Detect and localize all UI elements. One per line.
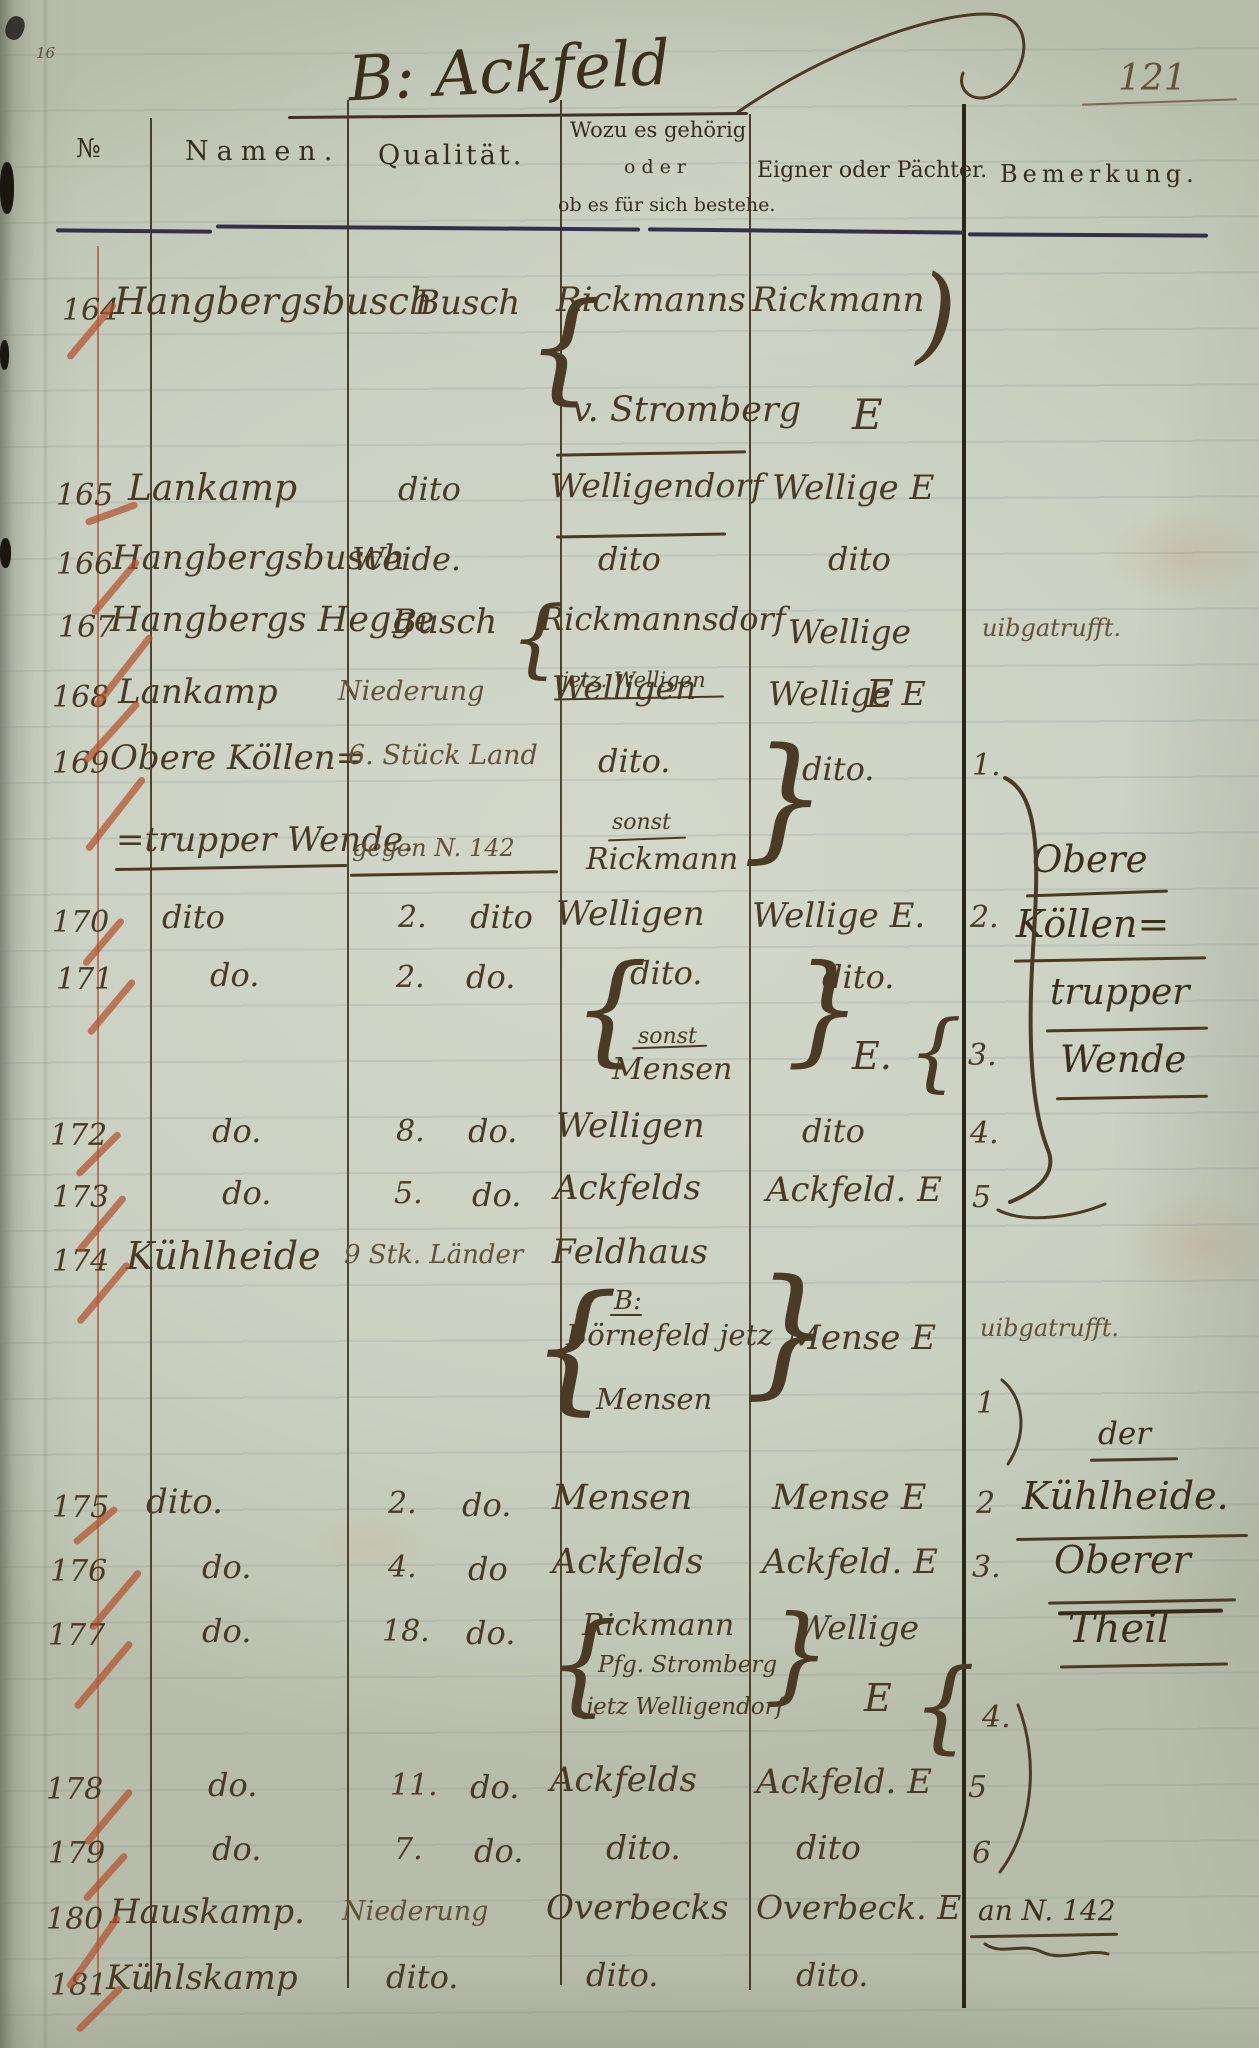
header-wozu-line3: ob es für sich bestehe. (558, 194, 775, 216)
row-172-owner-1: dito (802, 1112, 865, 1150)
row-171-quality: do. (466, 958, 515, 996)
row-169-quality: 6. Stück Land (348, 740, 538, 771)
row-164-owner-2: E (852, 390, 883, 439)
row-171-group-number: 3. (968, 1038, 997, 1073)
edge-ink-mark (2, 14, 27, 43)
row-175-belongs-1: Mensen (552, 1478, 692, 1518)
register-page: 16 121 B: Ackfeld № Namen. Qualität. Woz… (0, 0, 1259, 2048)
row-172-quality: do. (468, 1112, 517, 1150)
row-174-owner-1: Mense E (786, 1318, 936, 1358)
row-169-belongs-2: sonst (612, 810, 671, 835)
group-2-line-4: Theil (1068, 1606, 1170, 1652)
row-173-belongs-1: Ackfelds (554, 1168, 701, 1208)
row-175-quality: do. (462, 1486, 511, 1524)
row-170-name: dito (162, 898, 225, 936)
row-165-quality: dito (398, 470, 461, 508)
column-line-namen (347, 100, 349, 1988)
row-175-quality-num: 2. (388, 1486, 417, 1521)
row-172-group-number: 4. (970, 1116, 999, 1151)
row-174-group-number: 1 (976, 1386, 995, 1421)
row-181-belongs-1: dito. (586, 1956, 658, 1994)
ink-underline (350, 870, 558, 877)
header-namen: Namen. (185, 136, 340, 167)
row-174-belongs-3: Börnefeld jetz (566, 1318, 773, 1352)
ink-underline (1090, 1457, 1178, 1462)
ink-underline (608, 837, 686, 842)
row-178-owner-1: Ackfeld. E (756, 1762, 932, 1802)
row-170-quality-num: 2. (398, 900, 427, 935)
header-eigner: Eigner oder Pächter. (757, 158, 987, 183)
row-175-owner-1: Mense E (772, 1478, 926, 1518)
row-178-belongs-1: Ackfelds (550, 1760, 697, 1800)
header-wozu-line2: oder (624, 156, 692, 178)
row-174-remark: uibgatrufft. (980, 1314, 1119, 1342)
group-1-line-3: trupper (1050, 972, 1189, 1013)
row-178-number: 178 (46, 1772, 103, 1807)
row-169-belongs-3: Rickmann (586, 842, 738, 877)
row-173-group-number: 5 (972, 1180, 991, 1215)
group-1-line-2: Köllen= (1016, 902, 1169, 946)
row-179-number: 179 (48, 1836, 105, 1871)
title-flourish (738, 14, 1024, 112)
row-170-number: 170 (52, 905, 109, 940)
row-179-owner-1: dito (796, 1828, 861, 1867)
row-180-name: Hauskamp. (110, 1892, 305, 1932)
row-169-belongs-1: dito. (598, 742, 670, 780)
row-170-owner-1: Wellige E. (752, 896, 925, 936)
row-171-belongs-3: Mensen (612, 1052, 732, 1087)
group-2-line-1: der (1098, 1416, 1151, 1452)
row-177-name: do. (202, 1612, 251, 1650)
row-170-quality: dito (470, 898, 533, 936)
row-179-quality: do. (474, 1832, 523, 1870)
row-176-group-number: 3. (972, 1550, 1001, 1585)
group-1-line-1: Obere (1032, 838, 1148, 881)
ink-underline (556, 450, 746, 456)
row-178-name: do. (208, 1766, 257, 1804)
row-167-owner-1: Wellige (788, 612, 911, 651)
row-166-quality: Weide. (352, 540, 461, 578)
row-177-belongs-3: jetz Welligendorf (586, 1694, 784, 1720)
row-166-owner-1: dito (828, 540, 891, 578)
header-bemerkung: Bemerkung. (1000, 160, 1199, 188)
row-164-belongs-1: Rickmanns (556, 280, 746, 320)
ink-brace: { (908, 1010, 962, 1095)
edge-ink-mark (0, 538, 11, 568)
row-176-owner-1: Ackfeld. E (762, 1542, 938, 1582)
row-164-belongs-2: v. Stromberg (572, 390, 801, 430)
header-no: № (76, 134, 101, 164)
corner-mark: 16 (36, 44, 55, 62)
header-wozu-line1: Wozu es gehörig (570, 118, 746, 142)
row-176-belongs-1: Ackfelds (552, 1542, 703, 1582)
ink-underline (556, 533, 726, 539)
row-171-quality-num: 2. (396, 960, 425, 995)
row-177-owner-1: Wellige (796, 1608, 919, 1647)
row-168-owner-1: Wellige E (768, 674, 926, 713)
group-2-line-2: Kühlheide. (1022, 1474, 1229, 1518)
page-number: 121 (1118, 58, 1187, 99)
row-169-name: Obere Köllen= (110, 738, 364, 778)
row-174-belongs-4: Mensen (596, 1382, 712, 1416)
row-175-group-number: 2 (976, 1486, 995, 1521)
row-167-name: Hangbergs Hegge (110, 600, 434, 640)
row-181-quality: dito. (386, 1958, 458, 1996)
row-174-belongs-2: B: (614, 1286, 642, 1316)
row-177-owner-2: E (864, 1676, 892, 1720)
row-177-quality: do. (466, 1614, 515, 1652)
ink-underline (1014, 956, 1206, 962)
row-180-belongs-1: Overbecks (546, 1888, 728, 1928)
row-173-quality-num: 5. (394, 1176, 423, 1211)
row-172-quality-num: 8. (396, 1114, 425, 1149)
row-167-quality: Busch (392, 602, 497, 642)
ink-underline (1048, 1598, 1236, 1604)
ink-underline (1026, 890, 1168, 898)
row-170-group-number: 2. (970, 900, 999, 935)
row-169-quality-2: gegen N. 142 (352, 834, 515, 862)
row-167-remark: uibgatrufft. (982, 614, 1121, 642)
header-rule (968, 232, 1208, 237)
ink-brace: { (912, 1656, 976, 1756)
row-167-belongs-1: Rickmannsdorf (540, 600, 786, 638)
ink-underline (1060, 1663, 1228, 1669)
row-171-belongs-1: dito. (630, 954, 702, 992)
row-173-number: 173 (52, 1180, 109, 1215)
remark-squiggle (985, 1944, 1108, 1956)
row-164-quality: Busch (415, 283, 520, 323)
row-171-owner-1: dito. (822, 958, 894, 996)
group-2-line-3: Oberer (1054, 1538, 1191, 1582)
row-170-belongs-1: Welligen (556, 894, 705, 934)
row-169-owner-1: dito. (802, 750, 874, 788)
group-1-line-4: Wende (1060, 1038, 1186, 1081)
row-176-number: 176 (50, 1554, 107, 1589)
row-164-name: Hangbergsbusch (114, 280, 433, 323)
column-line-no (150, 118, 152, 1992)
row-175-name: dito. (146, 1482, 223, 1522)
row-178-quality: do. (470, 1768, 519, 1806)
row-180-remark: an N. 142 (978, 1894, 1116, 1927)
row-168-belongs-1: Welligen (552, 668, 696, 707)
ink-underline (610, 1314, 642, 1316)
row-179-quality-num: 7. (394, 1832, 423, 1867)
ink-paren: ) (916, 262, 957, 367)
edge-ink-mark (0, 340, 9, 370)
row-179-belongs-1: dito. (606, 1828, 681, 1867)
row-178-quality-num: 11. (390, 1768, 438, 1803)
row-176-name: do. (202, 1548, 251, 1586)
row-174-quality: 9 Stk. Länder (344, 1240, 523, 1270)
row-168-name: Lankamp (118, 672, 278, 712)
row-173-name: do. (222, 1174, 271, 1212)
page-number-underline (1082, 98, 1237, 105)
row-166-number: 166 (56, 547, 113, 582)
row-165-name: Lankamp (128, 468, 297, 509)
row-177-belongs-2: Pfg. Stromberg (598, 1652, 777, 1678)
row-176-quality: do (468, 1550, 508, 1588)
page-title: B: Ackfeld (346, 26, 672, 116)
row-181-name: Kühlskamp (106, 1958, 298, 1998)
row-172-belongs-1: Welligen (556, 1106, 705, 1146)
row-167-number: 167 (58, 610, 115, 645)
row-166-belongs-1: dito (598, 540, 661, 578)
ink-underline (1046, 1027, 1208, 1033)
row-165-number: 165 (56, 478, 113, 513)
row-165-owner-1: Wellige E (772, 468, 934, 508)
ink-underline (1056, 1095, 1208, 1101)
row-171-name: do. (210, 956, 259, 994)
row-171-number: 171 (56, 962, 113, 997)
row-177-belongs-1: Rickmann (582, 1608, 734, 1643)
row-179-group-number: 6 (972, 1836, 991, 1871)
ink-underline (970, 1933, 1118, 1939)
header-qualitaet: Qualität. (378, 140, 524, 171)
row-168-quality: Niederung (338, 676, 484, 707)
row-173-quality: do. (472, 1176, 521, 1214)
row-178-group-number: 5 (968, 1770, 987, 1805)
row-172-name: do. (212, 1112, 261, 1150)
row-180-quality: Niederung (342, 1896, 488, 1927)
row-180-number: 180 (46, 1902, 103, 1937)
row-173-owner-1: Ackfeld. E (766, 1170, 942, 1210)
header-rule (56, 228, 212, 233)
row-169-number: 169 (52, 746, 109, 781)
row-171-owner-2: E. (852, 1034, 892, 1078)
row-177-quality-num: 18. (382, 1614, 430, 1649)
row-181-owner-1: dito. (796, 1956, 868, 1994)
row-165-belongs-1: Welligendorf (550, 466, 763, 505)
edge-ink-mark (0, 162, 14, 214)
row-164-owner-1: Rickmann (752, 280, 924, 320)
row-176-quality-num: 4. (388, 1550, 417, 1585)
header-rule (648, 227, 964, 234)
header-rule (216, 225, 640, 232)
row-174-name: Kühlheide (126, 1234, 321, 1278)
row-169-group-number: 1. (972, 748, 1001, 783)
group-2-paren (1002, 1380, 1021, 1464)
row-179-name: do. (212, 1830, 261, 1868)
row-177-group-number: 4. (982, 1700, 1011, 1735)
row-180-owner-1: Overbeck. E (756, 1888, 961, 1927)
group-1-brace-tail (998, 1204, 1105, 1218)
